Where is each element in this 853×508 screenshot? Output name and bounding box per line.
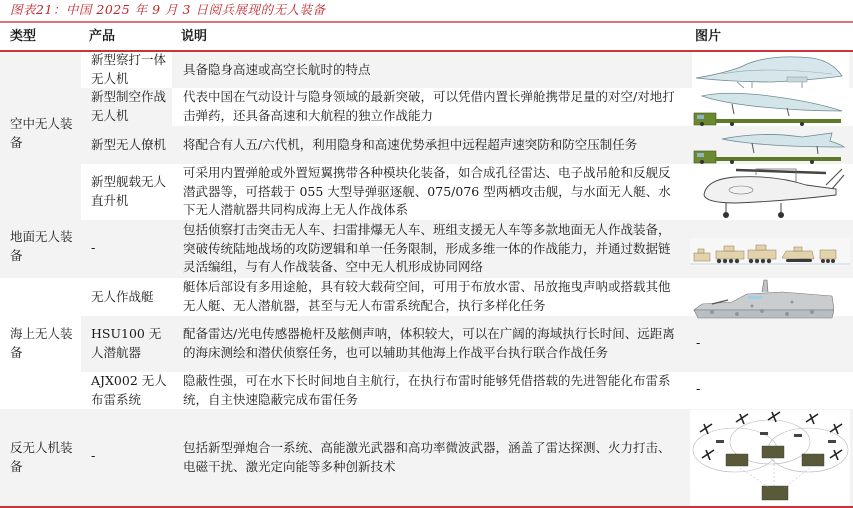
table-row-description: 隐蔽性强，可在水下长时间地自主航行，在执行布雷时能够凭借搭载的先进智能化布雷系统…	[172, 372, 686, 409]
table-row-product: 新型无人僚机	[81, 126, 172, 164]
table-row-description: 包括侦察打击突击无人车、扫雷排爆无人车、班组支援无人车等多款地面无人作战装备，突…	[172, 220, 686, 278]
table-row-description: 艇体后部设有多用途舱，具有较大载荷空间，可用于布放水雷、吊放拖曳声呐或搭载其他无…	[172, 278, 686, 316]
image-placeholder-dash: -	[696, 381, 700, 400]
table-row-product: AJX002 无人布雷系统	[81, 372, 172, 409]
category-label: 反无人机装备	[10, 439, 74, 476]
product-label: 新型察打一体无人机	[91, 52, 169, 88]
description-text: 配备雷达/光电传感器桅杆及舷侧声呐，体积较大，可以在广阔的海域执行长时间、远距离…	[183, 325, 680, 362]
stealth-drone-image	[692, 52, 849, 88]
table-row-description: 将配合有人五/六代机，利用隐身和高速优势承担中远程超声速突防和防空压制任务	[172, 126, 686, 164]
counter-drone-diagram-image	[690, 410, 850, 506]
table-row-product: 新型舰载无人直升机	[81, 164, 172, 220]
image-cell-placeholder: -	[686, 372, 853, 409]
description-text: 代表中国在气动设计与隐身领域的最新突破，可以凭借内置长弹舱携带足量的对空/对地打…	[183, 88, 680, 125]
description-text: 包括新型弹炮合一系统、高能激光武器和高功率微波武器，涵盖了雷达探测、火力打击、电…	[183, 439, 680, 476]
table-row-product: 新型察打一体无人机	[81, 52, 172, 88]
ground-vehicles-image	[690, 238, 850, 266]
table-row-description: 代表中国在气动设计与隐身领域的最新突破，可以凭借内置长弹舱携带足量的对空/对地打…	[172, 88, 686, 126]
product-label: AJX002 无人布雷系统	[91, 372, 171, 409]
header-product: 产品	[89, 29, 115, 45]
air-superiority-drone-image	[692, 89, 849, 126]
figure-caption: 图表21：中国 2025 年 9 月 3 日阅兵展现的无人装备	[10, 2, 325, 18]
product-label: 新型舰载无人直升机	[91, 173, 169, 210]
category-label: 空中无人装备	[10, 115, 74, 152]
description-text: 将配合有人五/六代机，利用隐身和高速优势承担中远程超声速突防和防空压制任务	[183, 136, 637, 155]
category-label: 海上无人装备	[10, 325, 74, 362]
product-label: -	[91, 240, 95, 259]
product-label: -	[91, 448, 95, 467]
description-text: 隐蔽性强，可在水下长时间地自主航行，在执行布雷时能够凭借搭载的先进智能化布雷系统…	[183, 372, 680, 409]
category-sea: 海上无人装备	[0, 278, 81, 409]
description-text: 艇体后部设有多用途舱，具有较大载荷空间，可用于布放水雷、吊放拖曳声呐或搭载其他无…	[183, 278, 680, 315]
table-row-description: 具备隐身高速或高空长航时的特点	[172, 52, 686, 88]
product-label: 新型制空作战无人机	[91, 88, 169, 125]
table-row-description: 包括新型弹炮合一系统、高能激光武器和高功率微波武器，涵盖了雷达探测、火力打击、电…	[172, 409, 686, 506]
table-row-description: 配备雷达/光电传感器桅杆及舷侧声呐，体积较大，可以在广阔的海域执行长时间、远距离…	[172, 316, 686, 372]
table-row-product: -	[81, 220, 172, 278]
category-label: 地面无人装备	[10, 228, 74, 265]
table-row-product: -	[81, 409, 172, 506]
description-text: 具备隐身高速或高空长航时的特点	[183, 61, 371, 80]
table-header: 类型 产品 说明 图片	[0, 23, 853, 50]
image-cell-placeholder: -	[686, 316, 853, 372]
description-text: 可采用内置弹舱或外置短翼携带各种模块化装备，如合成孔径雷达、电子战吊舱和反舰反潜…	[183, 164, 680, 220]
unmanned-helicopter-image	[696, 165, 846, 220]
product-label: 无人作战艇	[91, 288, 169, 307]
product-label: 新型无人僚机	[91, 136, 169, 155]
loyal-wingman-image	[692, 127, 849, 164]
table-row-description: 可采用内置弹舱或外置短翼携带各种模块化装备，如合成孔径雷达、电子战吊舱和反舰反潜…	[172, 164, 686, 220]
image-placeholder-dash: -	[696, 335, 700, 354]
category-air: 空中无人装备	[0, 52, 81, 216]
category-counter-uav: 反无人机装备	[0, 409, 81, 506]
category-ground: 地面无人装备	[0, 216, 81, 278]
table-row-product: HSU100 无人潜航器	[81, 316, 172, 372]
unmanned-boat-image	[692, 278, 834, 320]
description-text: 包括侦察打击突击无人车、扫雷排爆无人车、班组支援无人车等多款地面无人作战装备，突…	[183, 221, 680, 277]
header-description: 说明	[181, 29, 207, 45]
header-image: 图片	[695, 29, 721, 45]
product-label: HSU100 无人潜航器	[91, 325, 171, 362]
header-type: 类型	[10, 29, 36, 45]
table-row-product: 无人作战艇	[81, 278, 172, 316]
table-row-product: 新型制空作战无人机	[81, 88, 172, 126]
